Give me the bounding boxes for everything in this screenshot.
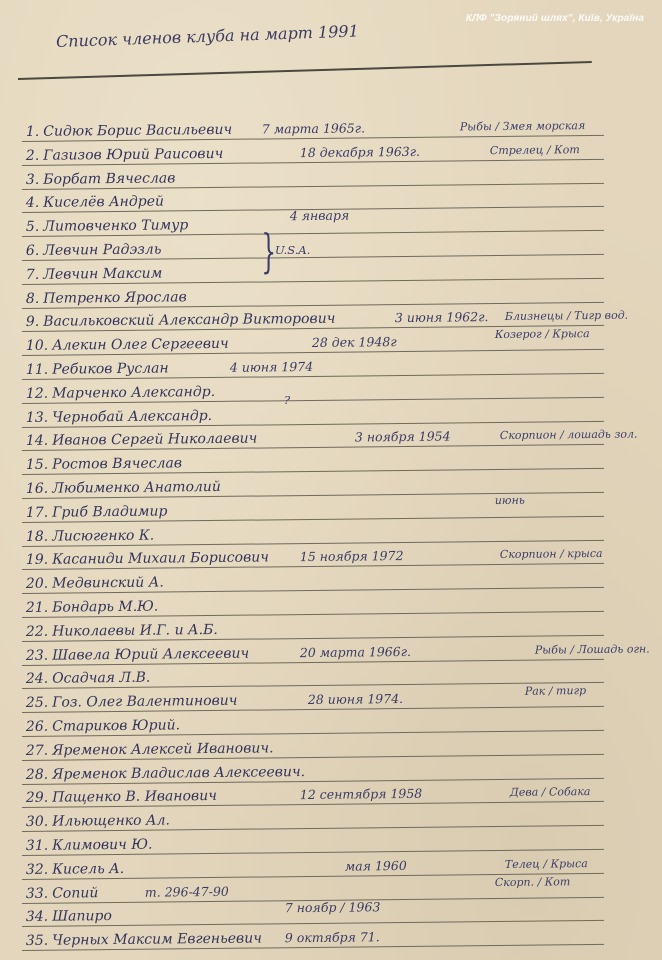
member-number: 2. xyxy=(26,148,40,164)
member-name: 19.Касаниди Михаил Борисович xyxy=(26,550,269,569)
member-fullname: Гоз. Олег Валентинович xyxy=(52,693,237,711)
brace-mark: } xyxy=(261,228,276,274)
member-number: 15. xyxy=(26,457,48,473)
member-number: 20. xyxy=(26,576,48,592)
member-name: 22.Николаевы И.Г. и А.Б. xyxy=(26,622,218,640)
member-number: 21. xyxy=(26,600,48,616)
member-birthdate: 15 ноября 1972 xyxy=(300,548,404,564)
member-number: 33. xyxy=(26,885,48,901)
member-name: 7.Левчин Максим xyxy=(26,265,163,282)
member-name: 12.Марченко Александр. xyxy=(26,384,215,402)
member-name: 28.Яременок Владислав Алексеевич. xyxy=(26,764,305,783)
member-name: 23.Шавела Юрий Алексеевич xyxy=(26,645,249,663)
member-number: 3. xyxy=(26,171,40,187)
member-fullname: Медвинский А. xyxy=(52,575,164,592)
member-number: 24. xyxy=(26,671,48,687)
member-fullname: Стариков Юрий. xyxy=(52,717,180,734)
member-name: 30.Ильющенко Ал. xyxy=(26,813,170,831)
member-zodiac-sign: Стрелец / Кот xyxy=(490,143,580,157)
member-name: 5.Литовченко Тимур xyxy=(26,217,189,235)
member-number: 25. xyxy=(26,695,48,711)
member-birthdate: 9 октября 71. xyxy=(285,929,380,945)
member-fullname: Шапиро xyxy=(52,908,112,925)
member-number: 5. xyxy=(26,219,40,235)
member-name: 24.Осадчая Л.В. xyxy=(26,670,151,687)
member-number: 11. xyxy=(26,362,48,378)
member-fullname: Яременок Алексей Иванович. xyxy=(52,740,273,758)
member-number: 12. xyxy=(26,386,48,402)
member-fullname: Бондарь М.Ю. xyxy=(52,599,158,616)
member-fullname: Шавела Юрий Алексеевич xyxy=(52,645,249,663)
member-zodiac-sign: Рыбы / Лошадь огн. xyxy=(535,642,650,656)
member-zodiac-sign: Рыбы / Змея морская xyxy=(460,119,585,133)
member-name: 34.Шапиро xyxy=(26,908,112,925)
member-name: 25.Гоз. Олег Валентинович xyxy=(26,693,238,711)
member-number: 14. xyxy=(26,433,48,449)
member-name: 27.Яременок Алексей Иванович. xyxy=(26,740,274,759)
member-fullname: Николаевы И.Г. и А.Б. xyxy=(52,622,218,640)
member-list: 1.Сидюк Борис Васильевич7 марта 1965г.Ры… xyxy=(0,0,662,960)
member-fullname: Гриб Владимир xyxy=(52,503,167,520)
member-birthdate: 12 сентября 1958 xyxy=(300,786,422,802)
member-number: 29. xyxy=(26,790,48,806)
member-fullname: Киселёв Андрей xyxy=(43,194,164,211)
member-name: 6.Левчин Радэзль xyxy=(26,242,162,259)
member-birthdate: 4 июня 1974 xyxy=(230,359,313,375)
member-fullname: Левчин Максим xyxy=(43,265,162,282)
member-number: 8. xyxy=(26,290,40,306)
member-name: 10.Алекин Олег Сергеевич xyxy=(26,336,229,354)
member-fullname: Климович Ю. xyxy=(52,837,152,854)
member-name: 29.Пащенко В. Иванович xyxy=(26,788,217,806)
member-name: 15.Ростов Вячеслав xyxy=(26,456,182,474)
member-number: 4. xyxy=(26,195,40,211)
member-zodiac-sign: Козерог / Крыса xyxy=(495,327,590,341)
member-number: 27. xyxy=(26,743,48,759)
member-birthdate: 4 января xyxy=(290,208,350,224)
member-number: 7. xyxy=(26,267,40,283)
member-number: 30. xyxy=(26,814,48,830)
member-number: 31. xyxy=(26,838,48,854)
member-fullname: Левчин Радэзль xyxy=(43,242,161,259)
member-fullname: Васильковский Александр Викторович xyxy=(43,311,335,330)
question-mark-note: ? xyxy=(284,393,290,407)
member-name: 2.Газизов Юрий Раисович xyxy=(26,146,224,164)
member-birthdate: 7 марта 1965г. xyxy=(262,120,365,136)
member-name: 17.Гриб Владимир xyxy=(26,503,168,520)
member-fullname: Сидюк Борис Васильевич xyxy=(43,122,232,140)
member-number: 17. xyxy=(26,505,48,521)
member-fullname: Марченко Александр. xyxy=(52,384,215,402)
member-name: 4.Киселёв Андрей xyxy=(26,194,164,211)
member-name: 35.Черных Максим Евгеньевич xyxy=(26,931,262,949)
member-name: 31.Климович Ю. xyxy=(26,837,153,854)
member-name: 8.Петренко Ярослав xyxy=(26,289,187,307)
member-zodiac-sign: Близнецы / Тигр вод. xyxy=(505,309,628,323)
member-name: 33.Сопий xyxy=(26,885,99,902)
usa-note: U.S.A. xyxy=(275,243,310,257)
member-name: 9.Васильковский Александр Викторович xyxy=(26,311,336,330)
member-fullname: Черных Максим Евгеньевич xyxy=(52,931,262,949)
member-zodiac-sign: Скорп. / Кот xyxy=(495,875,571,889)
member-name: 26.Стариков Юрий. xyxy=(26,717,180,735)
member-birthdate: т. 296-47-90 xyxy=(145,883,229,899)
member-name: 14.Иванов Сергей Николаевич xyxy=(26,431,258,449)
member-birthdate: мая 1960 xyxy=(345,858,407,874)
member-number: 28. xyxy=(26,766,48,782)
member-birthdate: 18 декабря 1963г. xyxy=(300,144,420,160)
member-fullname: Петренко Ярослав xyxy=(43,289,187,307)
member-fullname: Ребиков Руслан xyxy=(52,360,169,377)
member-number: 9. xyxy=(26,314,40,330)
member-number: 34. xyxy=(26,909,48,925)
member-number: 13. xyxy=(26,409,48,425)
member-number: 6. xyxy=(26,243,40,259)
member-name: 32.Кисель А. xyxy=(26,861,124,878)
member-number: 19. xyxy=(26,552,48,568)
member-number: 10. xyxy=(26,338,48,354)
member-number: 18. xyxy=(26,528,48,544)
member-fullname: Сопий xyxy=(52,885,98,901)
member-name: 3.Борбат Вячеслав xyxy=(26,170,176,188)
member-fullname: Ростов Вячеслав xyxy=(52,456,182,473)
member-name: 21.Бондарь М.Ю. xyxy=(26,599,159,616)
member-fullname: Осадчая Л.В. xyxy=(52,670,150,687)
member-birthdate: 28 июня 1974. xyxy=(308,691,403,707)
member-name: 11.Ребиков Руслан xyxy=(26,360,169,377)
member-zodiac-sign: Скорпион / крыса xyxy=(500,547,603,561)
member-number: 23. xyxy=(26,647,48,663)
member-number: 35. xyxy=(26,933,48,949)
member-fullname: Лисюгенко К. xyxy=(52,527,154,544)
member-birthdate: 28 дек 1948г xyxy=(312,334,397,350)
list-item: 35.Черных Максим Евгеньевич9 октября 71. xyxy=(22,921,604,951)
member-zodiac-sign: Скорпион / лошадь зол. xyxy=(500,428,638,442)
member-fullname: Литовченко Тимур xyxy=(43,217,188,235)
member-birthdate: 7 ноябр / 1963 xyxy=(285,900,381,916)
member-name: 1.Сидюк Борис Васильевич xyxy=(26,122,232,140)
member-number: 16. xyxy=(26,481,48,497)
member-name: 16.Любименко Анатолий xyxy=(26,479,221,497)
member-fullname: Иванов Сергей Николаевич xyxy=(52,431,257,449)
member-fullname: Газизов Юрий Раисович xyxy=(43,146,223,164)
member-zodiac-sign: Телец / Крыса xyxy=(505,857,588,871)
member-fullname: Кисель А. xyxy=(52,861,124,878)
member-fullname: Касаниди Михаил Борисович xyxy=(52,550,269,568)
member-zodiac-sign: июнь xyxy=(495,494,525,507)
member-birthdate: 3 июня 1962г. xyxy=(395,310,489,326)
member-fullname: Любименко Анатолий xyxy=(52,479,221,497)
member-number: 22. xyxy=(26,624,48,640)
member-birthdate: 3 ноября 1954 xyxy=(355,429,451,445)
member-number: 32. xyxy=(26,862,48,878)
member-fullname: Яременок Владислав Алексеевич. xyxy=(52,764,305,783)
member-name: 20.Медвинский А. xyxy=(26,575,164,592)
member-number: 26. xyxy=(26,719,48,735)
member-name: 13.Чернобай Александр. xyxy=(26,408,212,426)
member-birthdate: 20 марта 1966г. xyxy=(300,644,411,660)
member-number: 1. xyxy=(26,124,40,140)
member-fullname: Алекин Олег Сергеевич xyxy=(52,336,229,354)
member-zodiac-sign: Дева / Собака xyxy=(510,785,591,799)
member-fullname: Пащенко В. Иванович xyxy=(52,788,217,806)
member-fullname: Чернобай Александр. xyxy=(52,408,212,426)
member-zodiac-sign: Рак / тигр xyxy=(525,684,586,698)
member-name: 18.Лисюгенко К. xyxy=(26,527,154,544)
member-fullname: Борбат Вячеслав xyxy=(43,170,175,187)
member-fullname: Ильющенко Ал. xyxy=(52,813,170,830)
